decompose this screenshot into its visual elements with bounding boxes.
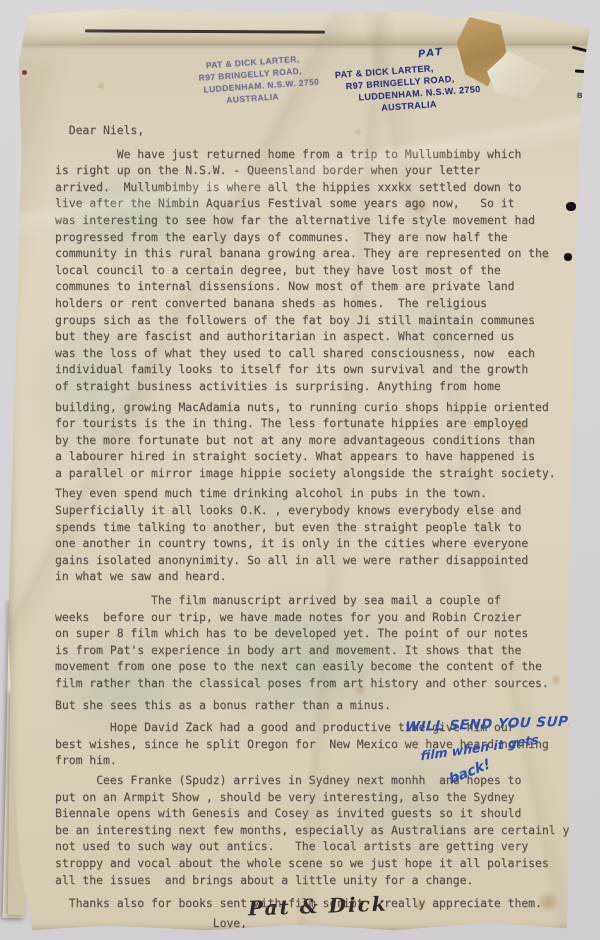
letter-paragraph: Dear Niels, [55,122,585,139]
address-stamp-dark: PAT & DICK LARTER, R97 BRINGELLY ROAD, L… [335,59,482,117]
letter-line: local council to a certain degree, but t… [55,262,585,279]
edge-stamp-fragment: BC. [577,91,590,100]
letter-line: movement from one pose to the next can e… [55,658,585,675]
letter-line: Cees Franke (Spudz) arrives in Sydney ne… [55,772,585,789]
letter-line: in what we saw and heard. [55,568,585,585]
letter-line: progressed from the early days of commun… [55,229,585,246]
letter-line: We have just returned home from a trip t… [55,146,585,163]
letter-line: not used to such way out antics. The loc… [55,838,585,855]
letter-line: building, growing MacAdamia nuts, to run… [55,399,585,416]
letter-line: live after the Nimbin Aquarius Festival … [55,195,585,212]
letter-line: arrived. Mullumbimby is where all the hi… [55,179,585,196]
letter-line: Superficially it all looks O.K. , everyb… [55,502,585,519]
letter-paragraph: building, growing MacAdamia nuts, to run… [55,399,585,482]
letter-line: The film manuscript arrived by sea mail … [55,592,585,609]
letter-line: one another in country towns, it is only… [55,535,585,552]
letter-line: Biennale opens with Genesis and Cosey as… [55,805,585,822]
letter-body: Dear Niels, We have just returned home f… [55,122,585,931]
handwritten-pat-label: PAT [417,47,444,61]
letter-line: But she sees this as a bonus rather than… [55,697,585,714]
letter-line: but they are fascist and authoritarian i… [55,328,585,345]
edge-dash-mark-1 [572,46,591,54]
letter-line: groups sich as the followers of the fat … [55,312,585,329]
letter-paper: BC. PAT & DICK LARTER, R97 BRINGELLY ROA… [6,6,594,932]
letter-paragraph: But she sees this as a bonus rather than… [55,697,585,714]
letter-line: They even spend much time drinking alcoh… [55,485,585,502]
letter-line: on super 8 film which has to be develope… [55,625,585,642]
letter-line: was interesting to see how far the alter… [55,212,585,229]
letter-line: was the loss of what they used to call s… [55,345,585,362]
letter-line: stroppy and vocal about the whole scene … [55,855,585,872]
letter-line: community in this rural banana growing a… [55,245,585,262]
letter-line: film rather than the classical poses fro… [55,675,585,692]
letter-line: communes to internal dissensions. Now mo… [55,278,585,295]
letter-paragraph: We have just returned home from a trip t… [55,146,585,395]
letter-line: spends time talking to another, but even… [55,519,585,536]
letter-line: put on an Armpit Show , should be very i… [55,789,585,806]
letter-line: be an interesting next few months, espec… [55,822,585,839]
top-fold-crease [6,6,594,45]
edge-dash-mark-2 [575,69,591,73]
letter-line: holders or rent converted banana sheds a… [55,295,585,312]
letter-line: of straight business activities is surpr… [55,378,585,395]
letter-line: for tourists is the in thing. The less f… [55,415,585,432]
letter-line: is from Pat's experience in body art and… [55,642,585,659]
letter-photo: BC. PAT & DICK LARTER, R97 BRINGELLY ROA… [0,0,600,940]
address-stamp-faint: PAT & DICK LARTER, R97 BRINGELLY ROAD, L… [189,52,320,109]
letter-line: a labourer hired in straight society. Wh… [55,448,585,465]
letter-line: weeks before our trip, we have made note… [55,609,585,626]
letter-line: by the more fortunate but not at any mor… [55,432,585,449]
letter-paragraph: Cees Franke (Spudz) arrives in Sydney ne… [55,772,585,888]
letter-paragraph: They even spend much time drinking alcoh… [55,485,585,585]
letter-line: from him. [55,752,585,769]
letter-line: all the issues and brings about a little… [55,872,585,889]
letter-line: gains isolated anonynimity. So all in al… [55,552,585,569]
letter-paragraph: The film manuscript arrived by sea mail … [55,592,585,692]
handwritten-signature: Pat & Dick [248,892,388,921]
red-dot-mark [22,70,27,75]
letter-line: a parallel or mirror image hippie societ… [55,465,585,482]
letter-line: Dear Niels, [55,122,585,139]
letter-line: is right up on the N.S.W. - Queensland b… [55,162,585,179]
letter-line: individual family looks to itself for it… [55,361,585,378]
